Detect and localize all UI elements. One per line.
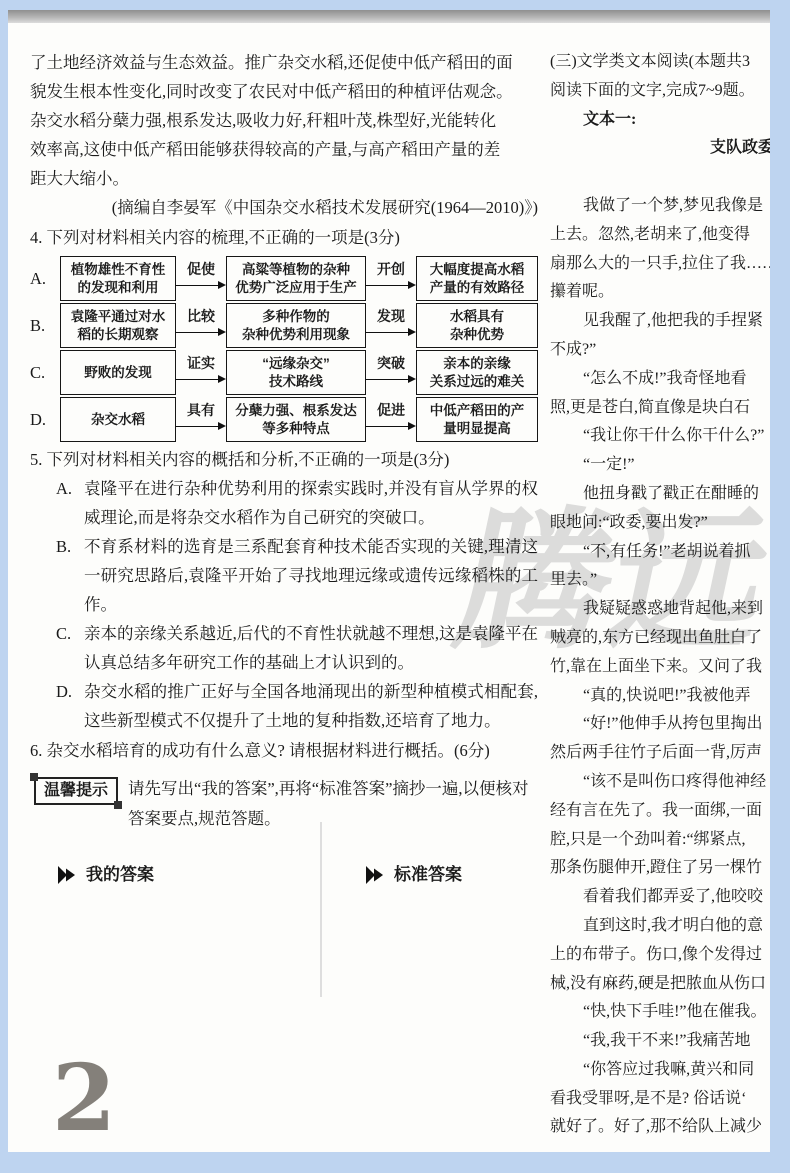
flowchart-node: 多种作物的 杂种优势利用现象 bbox=[226, 303, 366, 348]
passage-line: “该不是叫伤口疼得他神经 bbox=[550, 768, 770, 797]
passage-line: 械,没有麻药,硬是把脓血从伤口 bbox=[550, 970, 770, 999]
arrow-label: 证实 bbox=[187, 349, 215, 378]
double-triangle-icon bbox=[366, 866, 387, 884]
arrow-line-icon bbox=[365, 379, 414, 380]
passage-line: 经有言在先了。我一面绑,一面 bbox=[550, 797, 770, 826]
flowchart-arrow: 促进 bbox=[366, 397, 416, 442]
passage-line: 我做了一个梦,梦见我像是 bbox=[550, 192, 770, 221]
flowchart-node: 分蘖力强、根系发达 等多种特点 bbox=[226, 397, 366, 442]
option-letter: A. bbox=[30, 256, 60, 301]
spacer-line bbox=[550, 163, 770, 192]
flowchart-arrow: 证实 bbox=[176, 350, 226, 395]
passage-line: 看我受罪呀,是不是? 俗话说‘ bbox=[550, 1085, 770, 1114]
right-column: (三)文学类文本阅读(本题共3 阅读下面的文字,完成7~9题。 文本一: 支队政… bbox=[550, 48, 770, 1142]
flowchart-node: 水稻具有 杂种优势 bbox=[416, 303, 538, 348]
option-letter: C. bbox=[30, 350, 60, 395]
option-letter: C. bbox=[30, 619, 84, 648]
standard-answer-label: 标准答案 bbox=[394, 860, 462, 889]
passage-line: 然后两手往竹子后面一背,厉声 bbox=[550, 739, 770, 768]
arrow-line-icon bbox=[365, 332, 414, 333]
warm-tip-text: 请先写出“我的答案”,再将“标准答案”摘抄一遍,以便核对答案要点,规范答题。 bbox=[128, 779, 529, 828]
answer-headers: 我的答案 标准答案 bbox=[30, 860, 538, 889]
left-column: 了土地经济效益与生态效益。推广杂交水稻,还促使中低产稻田的面 貌发生根本性变化,… bbox=[30, 48, 538, 889]
option-letter: A. bbox=[30, 474, 84, 503]
arrow-line-icon bbox=[365, 285, 414, 286]
flowchart-row-a: A. 植物雄性不育性 的发现和利用 促使 高粱等植物的杂种 优势广泛应用于生产 … bbox=[30, 256, 538, 301]
question-4-flowchart: A. 植物雄性不育性 的发现和利用 促使 高粱等植物的杂种 优势广泛应用于生产 … bbox=[30, 256, 538, 442]
flowchart-arrow: 比较 bbox=[176, 303, 226, 348]
passage-line: 我疑疑惑惑地背起他,来到 bbox=[550, 595, 770, 624]
my-answer-label: 我的答案 bbox=[86, 860, 154, 889]
passage-line: “一定!” bbox=[550, 451, 770, 480]
passage-line: 见我醒了,他把我的手捏紧 bbox=[550, 307, 770, 336]
passage-line: “我让你干什么你干什么?” bbox=[550, 422, 770, 451]
flowchart-row-b: B. 袁隆平通过对水 稻的长期观察 比较 多种作物的 杂种优势利用现象 发现 水… bbox=[30, 303, 538, 348]
arrow-line-icon bbox=[175, 379, 224, 380]
reading-instruction: 阅读下面的文字,完成7~9题。 bbox=[550, 77, 770, 106]
arrow-label: 具有 bbox=[187, 396, 215, 425]
flowchart-arrow: 发现 bbox=[366, 303, 416, 348]
passage-line: 腔,只是一个劲叫着:“绑紧点, bbox=[550, 826, 770, 855]
arrow-line-icon bbox=[365, 426, 414, 427]
text-one-label: 文本一: bbox=[550, 106, 770, 135]
intro-line: 效率高,这使中低产稻田能够获得较高的产量,与高产稻田产量的差 bbox=[30, 135, 538, 164]
intro-line: 貌发生根本性变化,同时改变了农民对中低产稻田的种植评估观念。 bbox=[30, 77, 538, 106]
warm-tip-badge: 温馨提示 bbox=[34, 777, 118, 805]
flowchart-node: 袁隆平通过对水 稻的长期观察 bbox=[60, 303, 176, 348]
question-5-option-d: D. 杂交水稻的推广正好与全国各地涌现出的新型种植模式相配套,这些新型模式不仅提… bbox=[30, 677, 538, 735]
question-5-option-c: C. 亲本的亲缘关系越近,后代的不育性状就越不理想,这是袁隆平在认真总结多年研究… bbox=[30, 619, 538, 677]
passage-line: 不成?” bbox=[550, 336, 770, 365]
passage-title: 支队政委 bbox=[550, 134, 770, 163]
scanned-page: 腾远 了土地经济效益与生态效益。推广杂交水稻,还促使中低产稻田的面 貌发生根本性… bbox=[8, 10, 770, 1152]
flowchart-arrow: 具有 bbox=[176, 397, 226, 442]
intro-line: 距大大缩小。 bbox=[30, 164, 538, 193]
option-letter: D. bbox=[30, 677, 84, 706]
flowchart-node: 中低产稻田的产 量明显提高 bbox=[416, 397, 538, 442]
passage-line: 直到这时,我才明白他的意 bbox=[550, 912, 770, 941]
arrow-line-icon bbox=[175, 332, 224, 333]
option-text: 袁隆平在进行杂种优势利用的探索实践时,并没有盲从学界的权威理论,而是将杂交水稻作… bbox=[84, 474, 538, 532]
passage-line: “好!”他伸手从挎包里掏出 bbox=[550, 710, 770, 739]
source-attribution: (摘编自李晏军《中国杂交水稻技术发展研究(1964—2010)》) bbox=[30, 193, 538, 222]
passage-line: 上去。忽然,老胡来了,他变得 bbox=[550, 221, 770, 250]
page-number: 2 bbox=[52, 1052, 116, 1144]
flowchart-node: “远缘杂交” 技术路线 bbox=[226, 350, 366, 395]
flowchart-arrow: 促使 bbox=[176, 256, 226, 301]
flowchart-row-d: D. 杂交水稻 具有 分蘖力强、根系发达 等多种特点 促进 中低产稻田的产 量明… bbox=[30, 397, 538, 442]
passage-line: “快,快下手哇!”他在催我。 bbox=[550, 998, 770, 1027]
flowchart-arrow: 突破 bbox=[366, 350, 416, 395]
option-text: 杂交水稻的推广正好与全国各地涌现出的新型种植模式相配套,这些新型模式不仅提升了土… bbox=[84, 677, 538, 735]
double-triangle-icon bbox=[58, 866, 79, 884]
flowchart-node: 杂交水稻 bbox=[60, 397, 176, 442]
passage-line: 里去。” bbox=[550, 566, 770, 595]
option-text: 亲本的亲缘关系越近,后代的不育性状就越不理想,这是袁隆平在认真总结多年研究工作的… bbox=[84, 619, 538, 677]
question-5-option-b: B. 不育系材料的选育是三系配套育种技术能否实现的关键,理清这一研究思路后,袁隆… bbox=[30, 532, 538, 619]
flowchart-node: 植物雄性不育性 的发现和利用 bbox=[60, 256, 176, 301]
arrow-label: 比较 bbox=[187, 302, 215, 331]
passage-line: “怎么不成!”我奇怪地看 bbox=[550, 365, 770, 394]
question-6-stem: 6. 杂交水稻培育的成功有什么意义? 请根据材料进行概括。(6分) bbox=[30, 736, 538, 765]
passage-line: 看着我们都弄妥了,他咬咬 bbox=[550, 883, 770, 912]
arrow-line-icon bbox=[175, 426, 224, 427]
passage-line: 竹,靠在上面坐下来。又问了我 bbox=[550, 653, 770, 682]
flowchart-node: 亲本的亲缘 关系过远的难关 bbox=[416, 350, 538, 395]
passage-line: 上的布带子。伤口,像个发得过 bbox=[550, 941, 770, 970]
warm-tip-note: 温馨提示请先写出“我的答案”,再将“标准答案”摘抄一遍,以便核对答案要点,规范答… bbox=[30, 774, 538, 834]
option-letter: D. bbox=[30, 397, 60, 442]
passage-line: 照,更是苍白,简直像是块白石 bbox=[550, 394, 770, 423]
arrow-line-icon bbox=[175, 285, 224, 286]
intro-line: 杂交水稻分蘖力强,根系发达,吸收力好,秆粗叶茂,株型好,光能转化 bbox=[30, 106, 538, 135]
option-letter: B. bbox=[30, 303, 60, 348]
arrow-label: 促使 bbox=[187, 255, 215, 284]
flowchart-arrow: 开创 bbox=[366, 256, 416, 301]
passage-line: 就好了。好了,那不给队上减少 bbox=[550, 1113, 770, 1142]
passage-line: 攥着呢。 bbox=[550, 278, 770, 307]
passage-line: “不,有任务!”老胡说着抓 bbox=[550, 538, 770, 567]
option-letter: B. bbox=[30, 532, 84, 561]
section-heading: (三)文学类文本阅读(本题共3 bbox=[550, 48, 770, 77]
question-4-stem: 4. 下列对材料相关内容的梳理,不正确的一项是(3分) bbox=[30, 223, 538, 252]
passage-line: 眼地问:“政委,要出发?” bbox=[550, 509, 770, 538]
flowchart-row-c: C. 野败的发现 证实 “远缘杂交” 技术路线 突破 亲本的亲缘 关系过远的难关 bbox=[30, 350, 538, 395]
my-answer-header: 我的答案 bbox=[58, 860, 154, 889]
arrow-label: 开创 bbox=[377, 255, 405, 284]
scan-shadow-band bbox=[8, 10, 770, 23]
arrow-label: 促进 bbox=[377, 396, 405, 425]
question-5-option-a: A. 袁隆平在进行杂种优势利用的探索实践时,并没有盲从学界的权威理论,而是将杂交… bbox=[30, 474, 538, 532]
flowchart-node: 野败的发现 bbox=[60, 350, 176, 395]
passage-line: “我,我干不来!”我痛苦地 bbox=[550, 1027, 770, 1056]
option-text: 不育系材料的选育是三系配套育种技术能否实现的关键,理清这一研究思路后,袁隆平开始… bbox=[84, 532, 538, 619]
passage-line: “你答应过我嘛,黄兴和同 bbox=[550, 1056, 770, 1085]
passage-line: 他扭身戳了戳正在酣睡的 bbox=[550, 480, 770, 509]
standard-answer-header: 标准答案 bbox=[366, 860, 462, 889]
question-5-stem: 5. 下列对材料相关内容的概括和分析,不正确的一项是(3分) bbox=[30, 445, 538, 474]
flowchart-node: 高粱等植物的杂种 优势广泛应用于生产 bbox=[226, 256, 366, 301]
passage-line: 扇那么大的一只手,拉住了我…… bbox=[550, 250, 770, 279]
passage-line: “真的,快说吧!”我被他弄 bbox=[550, 682, 770, 711]
intro-line: 了土地经济效益与生态效益。推广杂交水稻,还促使中低产稻田的面 bbox=[30, 48, 538, 77]
flowchart-node: 大幅度提高水稻 产量的有效路径 bbox=[416, 256, 538, 301]
passage-line: 那条伤腿伸开,蹬住了另一棵竹 bbox=[550, 854, 770, 883]
arrow-label: 突破 bbox=[377, 349, 405, 378]
arrow-label: 发现 bbox=[377, 302, 405, 331]
passage-line: 贼亮的,东方已经现出鱼肚白了 bbox=[550, 624, 770, 653]
